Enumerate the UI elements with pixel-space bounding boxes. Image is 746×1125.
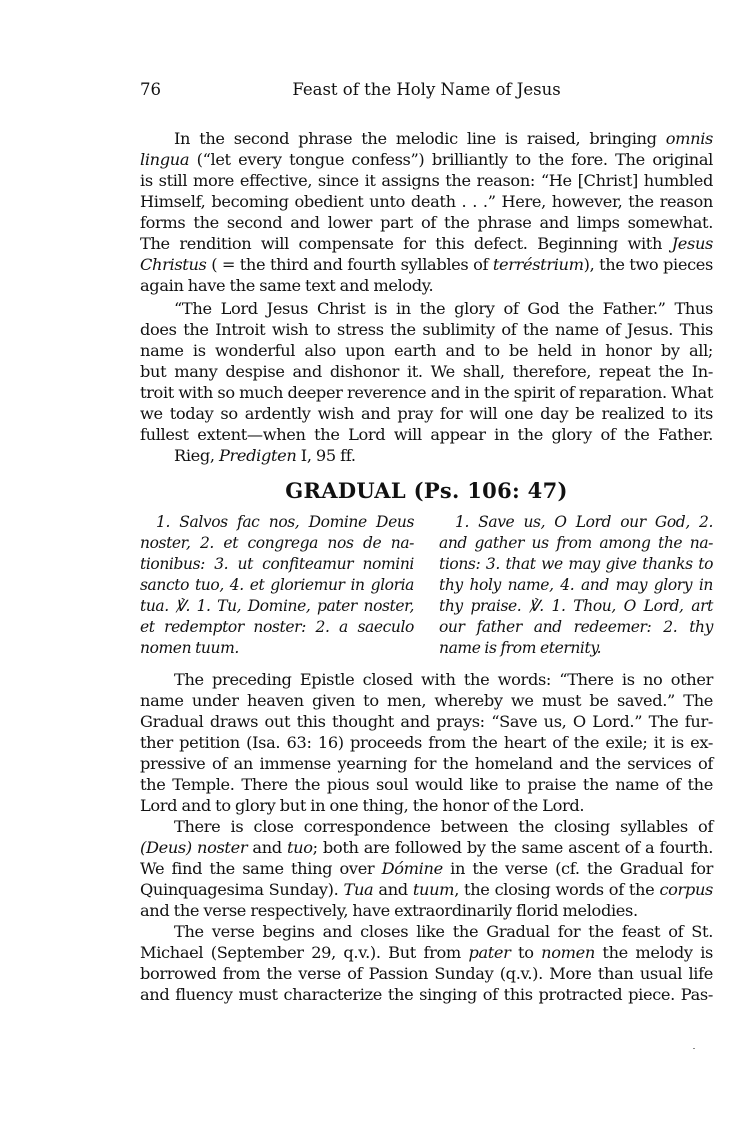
text-line: The rendition will compensate for this d… — [140, 233, 713, 254]
text-line: Himself, becoming obedient unto death . … — [140, 191, 713, 212]
text-line: again have the same text and melody. — [140, 275, 713, 296]
gradual-latin-column: 1. Salvos fac nos, Domine Deus noster, 2… — [140, 512, 414, 659]
english-line: thy holy name, 4. and may glory in — [439, 575, 713, 596]
english-line: our father and redeemer: 2. thy — [439, 617, 713, 638]
text-line: is still more effective, since it assign… — [140, 170, 713, 191]
section-heading: GRADUAL (Ps. 106: 47) — [140, 478, 713, 503]
heading-title: GRADUAL — [285, 478, 406, 503]
text-line: pressive of an immense yearning for the … — [140, 753, 713, 774]
text-line: troit with so much deeper reverence and … — [140, 382, 713, 403]
text-line: Quinquagesima Sunday). Tua and tuum, the… — [140, 879, 713, 900]
text-line: does the Introit wish to stress the subl… — [140, 319, 713, 340]
english-line: tions: 3. that we may give thanks to — [439, 554, 713, 575]
latin-line: noster, 2. et congrega nos de na- — [140, 533, 414, 554]
text-line: name is wonderful also upon earth and to… — [140, 340, 713, 361]
citation: Rieg, Predigten I, 95 ff. — [174, 445, 713, 466]
text-line: but many despise and dishonor it. We sha… — [140, 361, 713, 382]
latin-line: nomen tuum. — [140, 638, 414, 659]
text-line: and the verse respectively, have extraor… — [140, 900, 713, 921]
text-line: Gradual draws out this thought and prays… — [140, 711, 713, 732]
text-line: In the second phrase the melodic line is… — [174, 128, 713, 149]
running-title: Feast of the Holy Name of Jesus — [140, 80, 713, 99]
english-line: thy praise. ℣. 1. Thou, O Lord, art — [439, 596, 713, 617]
text-line: and fluency must characterize the singin… — [140, 984, 713, 1005]
latin-line: et redemptor noster: 2. a saeculo — [140, 617, 414, 638]
text-line: the Temple. There the pious soul would l… — [140, 774, 713, 795]
running-header: 76 Feast of the Holy Name of Jesus — [140, 80, 713, 104]
text-line: There is close correspondence between th… — [174, 816, 713, 837]
text-line: we today so ardently wish and pray for w… — [140, 403, 713, 424]
text-line: “The Lord Jesus Christ is in the glory o… — [174, 298, 713, 319]
latin-line: 1. Salvos fac nos, Domine Deus — [140, 512, 414, 533]
scan-speck — [693, 1048, 695, 1049]
latin-line: sancto tuo, 4. et gloriemur in gloria — [140, 575, 414, 596]
english-line: and gather us from among the na- — [439, 533, 713, 554]
text-line: Michael (September 29, q.v.). But from p… — [140, 942, 713, 963]
english-line: 1. Save us, O Lord our God, 2. — [439, 512, 713, 533]
text-line: The preceding Epistle closed with the wo… — [174, 669, 713, 690]
text-line: Lord and to glory but in one thing, the … — [140, 795, 713, 816]
text-line: name under heaven given to men, whereby … — [140, 690, 713, 711]
text-line: We find the same thing over Dómine in th… — [140, 858, 713, 879]
text-line: lingua (“let every tongue confess”) bril… — [140, 149, 713, 170]
text-line: The verse begins and closes like the Gra… — [174, 921, 713, 942]
text-line: borrowed from the verse of Passion Sunda… — [140, 963, 713, 984]
text-line: ther petition (Isa. 63: 16) proceeds fro… — [140, 732, 713, 753]
text-line: fullest extent—when the Lord will appear… — [140, 424, 713, 445]
gradual-english-column: 1. Save us, O Lord our God, 2. and gathe… — [439, 512, 713, 659]
latin-line: tionibus: 3. ut confiteamur nomini — [140, 554, 414, 575]
text-line: forms the second and lower part of the p… — [140, 212, 713, 233]
latin-line: tua. ℣. 1. Tu, Domine, pater noster, — [140, 596, 414, 617]
heading-reference: (Ps. 106: 47) — [414, 478, 568, 503]
english-line: name is from eternity. — [439, 638, 713, 659]
text-line: (Deus) noster and tuo; both are followed… — [140, 837, 713, 858]
text-line: Christus ( = the third and fourth syllab… — [140, 254, 713, 275]
